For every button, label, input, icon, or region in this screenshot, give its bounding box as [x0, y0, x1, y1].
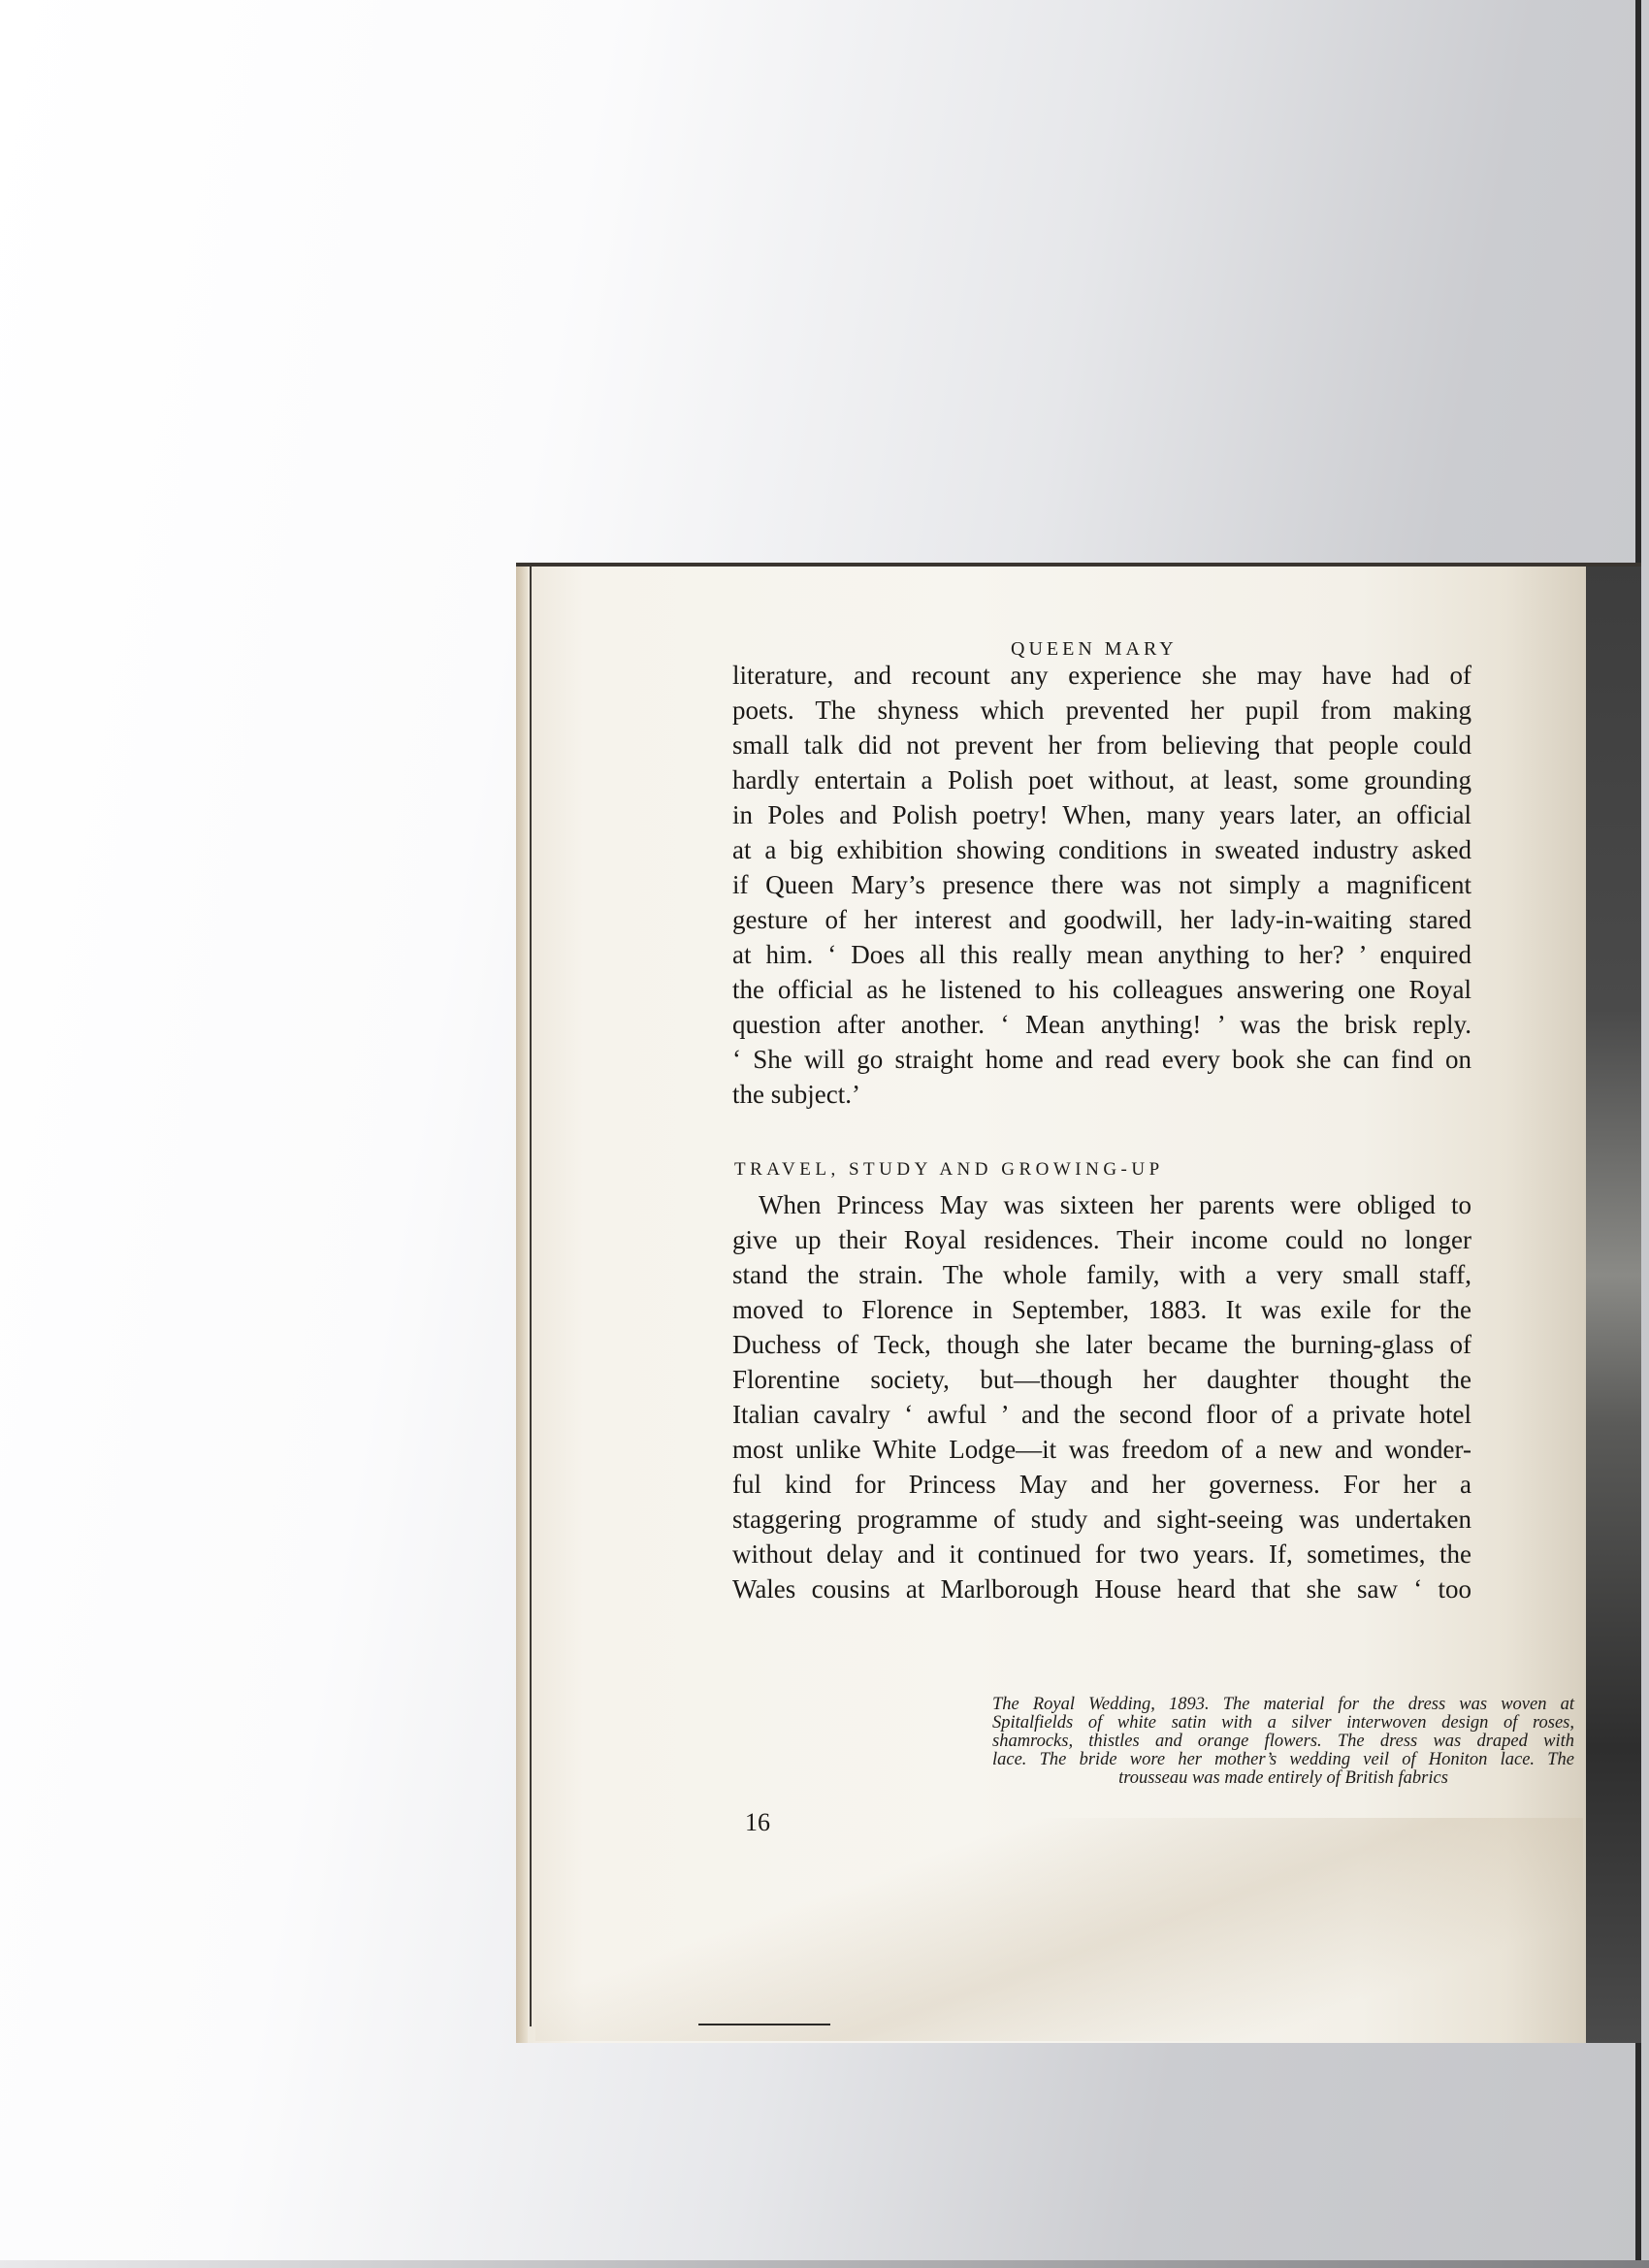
- caption-line: lace. The bride wore her mother’s weddin…: [992, 1751, 1574, 1769]
- text-line: Wales cousins at Marlborough House heard…: [732, 1571, 1471, 1606]
- text-line: Italian cavalry ‘ awful ’ and the second…: [732, 1397, 1471, 1432]
- text-line: at a big exhibition showing conditions i…: [732, 832, 1471, 867]
- page-number: 16: [745, 1808, 770, 1837]
- text-line: the official as he listened to his colle…: [732, 972, 1471, 1007]
- paragraph-2: When Princess May was sixteen her parent…: [732, 1187, 1471, 1606]
- page-fold-shadow: [535, 1818, 1583, 2041]
- text-line: gesture of her interest and goodwill, he…: [732, 902, 1471, 937]
- text-line: Florentine society, but—though her daugh…: [732, 1362, 1471, 1397]
- text-line: literature, and recount any experience s…: [732, 658, 1471, 693]
- text-line: hardly entertain a Polish poet without, …: [732, 762, 1471, 797]
- text-line: question after another. ‘ Mean anything!…: [732, 1007, 1471, 1042]
- paragraph-1: literature, and recount any experience s…: [732, 658, 1471, 1112]
- text-line: at him. ‘ Does all this really mean anyt…: [732, 937, 1471, 972]
- photo-caption: The Royal Wedding, 1893. The material fo…: [992, 1696, 1574, 1788]
- caption-line: shamrocks, thistles and orange flowers. …: [992, 1733, 1574, 1751]
- caption-line: Spitalfields of white satin with a silve…: [992, 1714, 1574, 1733]
- caption-line: The Royal Wedding, 1893. The material fo…: [992, 1696, 1574, 1714]
- text-line: most unlike White Lodge—it was freedom o…: [732, 1432, 1471, 1467]
- text-line: give up their Royal residences. Their in…: [732, 1222, 1471, 1257]
- text-line: the subject.’: [732, 1077, 1471, 1112]
- book-page: QUEEN MARY literature, and recount any e…: [516, 563, 1641, 2043]
- text-line: staggering programme of study and sight-…: [732, 1502, 1471, 1537]
- section-heading: TRAVEL, STUDY AND GROWING-UP: [734, 1159, 1164, 1181]
- text-line: Duchess of Teck, though she later became…: [732, 1327, 1471, 1362]
- text-line: When Princess May was sixteen her parent…: [732, 1187, 1471, 1222]
- text-line: if Queen Mary’s presence there was not s…: [732, 867, 1471, 902]
- text-line: stand the strain. The whole family, with…: [732, 1257, 1471, 1292]
- facing-page-photo-edge: [1586, 567, 1641, 2043]
- text-line: without delay and it continued for two y…: [732, 1537, 1471, 1571]
- text-line: small talk did not prevent her from beli…: [732, 728, 1471, 762]
- text-line: poets. The shyness which prevented her p…: [732, 693, 1471, 728]
- text-line: in Poles and Polish poetry! When, many y…: [732, 797, 1471, 832]
- caption-line: trousseau was made entirely of British f…: [992, 1769, 1574, 1788]
- footer-rule: [698, 2024, 830, 2025]
- text-line: ‘ She will go straight home and read eve…: [732, 1042, 1471, 1077]
- scanner-edge-bottom: [0, 2260, 1649, 2268]
- text-line: ful kind for Princess May and her govern…: [732, 1467, 1471, 1502]
- text-line: moved to Florence in September, 1883. It…: [732, 1292, 1471, 1327]
